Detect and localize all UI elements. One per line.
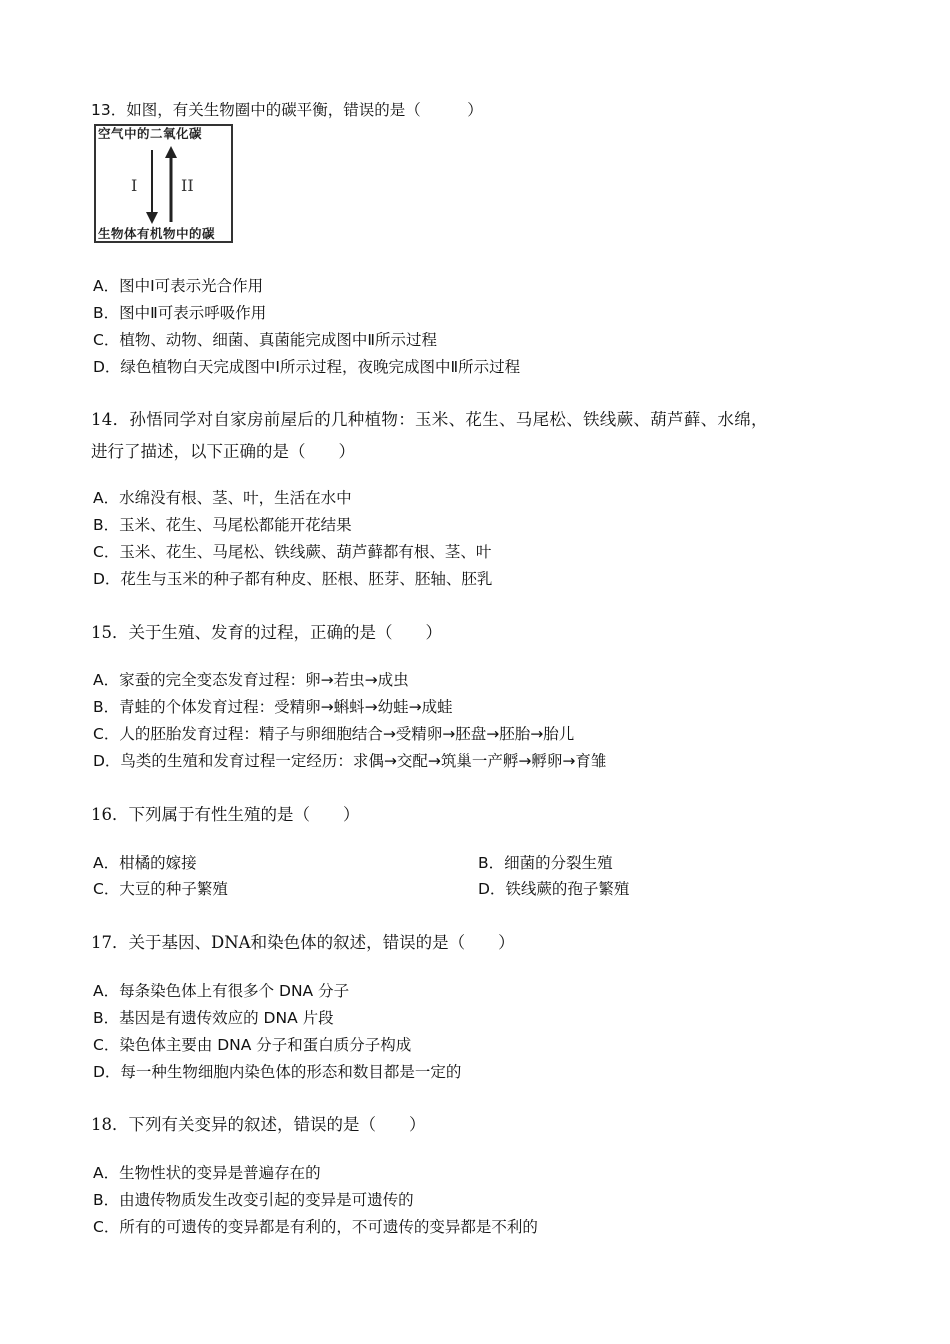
q18-option-c[interactable]: C．所有的可遗传的变异都是有利的，不可遗传的变异都是不利的 (93, 1217, 538, 1237)
q16-option-b[interactable]: B．细菌的分裂生殖 (478, 853, 613, 873)
question-14-stem-line1: 14．孙悟同学对自家房前屋后的几种植物：玉米、花生、马尾松、铁线蕨、葫芦藓、水绵… (91, 409, 768, 431)
q18-option-a[interactable]: A．生物性状的变异是普遍存在的 (93, 1163, 321, 1183)
q13-option-a[interactable]: A．图中Ⅰ可表示光合作用 (93, 276, 263, 296)
q17-option-d[interactable]: D．每一种生物细胞内染色体的形态和数目都是一定的 (93, 1062, 461, 1082)
q17-option-a[interactable]: A．每条染色体上有很多个 DNA 分子 (93, 981, 349, 1001)
arrow-down-label: I (131, 176, 137, 195)
q14-option-b[interactable]: B．玉米、花生、马尾松都能开花结果 (93, 515, 352, 535)
q16-option-a[interactable]: A．柑橘的嫁接 (93, 853, 197, 873)
q18-option-b[interactable]: B．由遗传物质发生改变引起的变异是可遗传的 (93, 1190, 414, 1210)
question-17-stem: 17．关于基因、DNA和染色体的叙述，错误的是（ ） (91, 932, 515, 954)
question-13-stem: 13．如图，有关生物圈中的碳平衡，错误的是（ ） (91, 100, 483, 120)
q13-option-b[interactable]: B．图中Ⅱ可表示呼吸作用 (93, 303, 266, 323)
q14-option-a[interactable]: A．水绵没有根、茎、叶，生活在水中 (93, 488, 352, 508)
question-18-stem: 18．下列有关变异的叙述，错误的是（ ） (91, 1114, 426, 1136)
arrow-up-label: II (181, 176, 194, 195)
diagram-bottom-label: 生物体有机物中的碳 (98, 227, 229, 241)
question-16-stem: 16．下列属于有性生殖的是（ ） (91, 804, 360, 826)
q15-option-c[interactable]: C．人的胚胎发育过程：精子与卵细胞结合→受精卵→胚盘→胚胎→胎儿 (93, 724, 574, 744)
q15-option-b[interactable]: B．青蛙的个体发育过程：受精卵→蝌蚪→幼蛙→成蛙 (93, 697, 453, 717)
carbon-cycle-diagram: 空气中的二氧化碳 I II 生物体有机物中的碳 (94, 124, 233, 243)
q14-option-d[interactable]: D．花生与玉米的种子都有种皮、胚根、胚芽、胚轴、胚乳 (93, 569, 492, 589)
q16-option-c[interactable]: C．大豆的种子繁殖 (93, 879, 228, 899)
q13-option-d[interactable]: D．绿色植物白天完成图中Ⅰ所示过程，夜晚完成图中Ⅱ所示过程 (93, 357, 520, 377)
q14-option-c[interactable]: C．玉米、花生、马尾松、铁线蕨、葫芦藓都有根、茎、叶 (93, 542, 491, 562)
q17-option-b[interactable]: B．基因是有遗传效应的 DNA 片段 (93, 1008, 334, 1028)
q15-option-d[interactable]: D．鸟类的生殖和发育过程一定经历：求偶→交配→筑巢一产孵→孵卵→育雏 (93, 751, 606, 771)
q16-option-d[interactable]: D．铁线蕨的孢子繁殖 (478, 879, 629, 899)
q13-option-c[interactable]: C．植物、动物、细菌、真菌能完成图中Ⅱ所示过程 (93, 330, 437, 350)
q15-option-a[interactable]: A．家蚕的完全变态发育过程：卵→若虫→成虫 (93, 670, 409, 690)
question-15-stem: 15．关于生殖、发育的过程，正确的是（ ） (91, 622, 442, 644)
question-14-stem-line2: 进行了描述，以下正确的是（ ） (91, 441, 355, 463)
q17-option-c[interactable]: C．染色体主要由 DNA 分子和蛋白质分子构成 (93, 1035, 411, 1055)
